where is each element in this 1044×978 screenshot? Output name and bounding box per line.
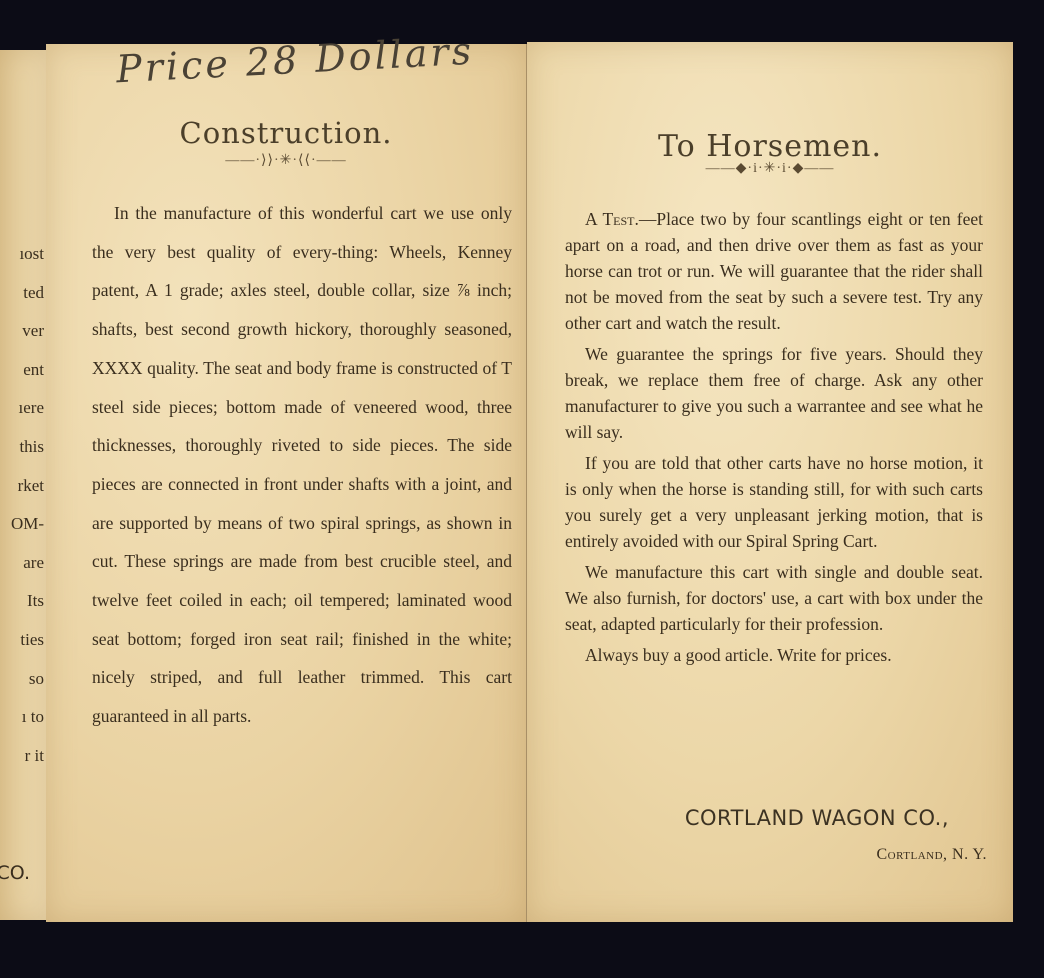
ornament-divider-icon: ——·⟩⟩·✳·⟨⟨·—— [46, 152, 526, 169]
horsemen-heading: To Horsemen. [527, 129, 1013, 164]
stub-line: this [11, 437, 44, 476]
paragraph-guarantee: We guarantee the springs for five years.… [565, 341, 983, 445]
stub-line-endings: ıost ted ver ent ıere this rket OM- are … [11, 244, 44, 784]
paragraph-seat-options: We manufacture this cart with single and… [565, 559, 983, 637]
stub-line: ı to [11, 707, 44, 746]
stub-line: ver [11, 321, 44, 360]
construction-heading: Construction. [46, 116, 526, 150]
stub-signature-fragment: CO. [0, 862, 30, 884]
company-location: Cortland, N. Y. [876, 846, 987, 864]
paragraph-horse-motion: If you are told that other carts have no… [565, 450, 983, 554]
horsemen-panel: To Horsemen. ——◆·i·✳·i·◆—— A Test.—Place… [527, 42, 1013, 922]
stub-line: r it [11, 746, 44, 785]
stub-line: Its [11, 591, 44, 630]
stub-line: rket [11, 476, 44, 515]
paragraph-test: A Test.—Place two by four scantlings eig… [565, 206, 983, 336]
stub-line: are [11, 553, 44, 592]
paragraph-lead: A Test. [585, 209, 639, 229]
left-panel-stub: ıost ted ver ent ıere this rket OM- are … [0, 50, 46, 920]
stub-line: ted [11, 283, 44, 322]
stub-line: ties [11, 630, 44, 669]
ornament-divider-icon: ——◆·i·✳·i·◆—— [527, 160, 1013, 177]
paragraph-closing: Always buy a good article. Write for pri… [565, 642, 983, 668]
stub-line: so [11, 669, 44, 708]
construction-body: In the manufacture of this wonderful car… [92, 194, 512, 736]
horsemen-body: A Test.—Place two by four scantlings eig… [565, 206, 983, 673]
stub-line: ıere [11, 398, 44, 437]
company-name: CORTLAND WAGON CO., [685, 806, 949, 830]
stub-line: OM- [11, 514, 44, 553]
stub-line: ıost [11, 244, 44, 283]
handwritten-price-note: Price 28 Dollars [115, 29, 475, 92]
stub-line: ent [11, 360, 44, 399]
construction-panel: Price 28 Dollars Construction. ——·⟩⟩·✳·⟨… [46, 44, 527, 922]
